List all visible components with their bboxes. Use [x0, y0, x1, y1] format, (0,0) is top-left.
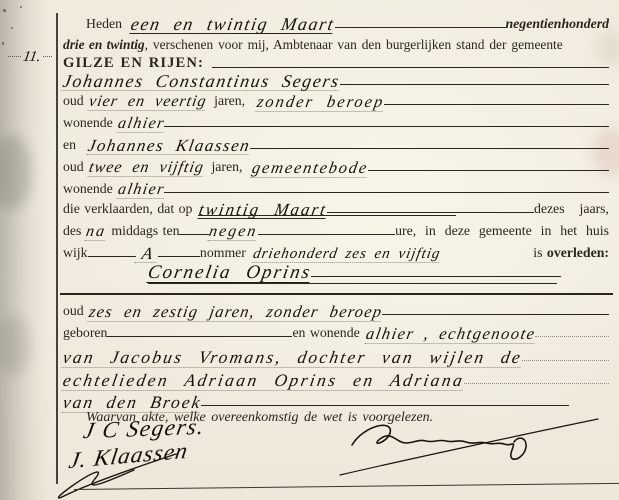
year-printed: negentienhonderd	[506, 16, 610, 32]
line-opening-date: Heden een en twintig Maart negentienhond…	[86, 8, 609, 32]
declarant1-occupation: zonder beroep	[256, 94, 386, 112]
heden-label: Heden	[86, 16, 122, 32]
scan-speck	[20, 6, 22, 8]
line-opening-text: drie en twintig , verschenen voor mij, A…	[63, 31, 609, 52]
wijk-label: wijk	[63, 245, 88, 261]
rule-fill	[258, 234, 395, 235]
rule-fill	[164, 126, 609, 127]
death-certificate-scan: 11. Heden een en twintig Maart negentien…	[0, 0, 619, 500]
jaren-label: jaren,	[214, 93, 245, 109]
year-continued: drie en twintig	[63, 37, 145, 52]
line-declarant1-residence: wonende alhier	[63, 110, 609, 131]
double-rule	[198, 215, 456, 216]
rule-fill	[327, 212, 534, 213]
declarant2-name: Johannes Klaassen	[86, 137, 251, 155]
scan-speck	[3, 9, 6, 12]
rule-fill	[179, 234, 209, 235]
oud-label: oud	[63, 93, 84, 109]
line-deceased-residence: geboren en wonende alhier , echtgenoote	[63, 320, 609, 341]
scan-gutter-shadow	[0, 0, 50, 500]
rule-fill	[311, 276, 561, 277]
deceased-name: Cornelia Oprins	[146, 263, 313, 283]
line-death-date: die verklaarden, dat op twintig Maart de…	[63, 196, 609, 217]
line-deceased-name: Cornelia Oprins	[148, 257, 561, 281]
line-death-time: des na middags ten negen ure, in deze ge…	[63, 218, 609, 239]
daypart: na	[85, 224, 108, 241]
declarant2-occupation: gemeentebode	[251, 160, 370, 178]
scan-speck	[11, 27, 13, 29]
illegible-flourish-signature-icon	[330, 405, 610, 483]
oud-label: oud	[63, 159, 84, 175]
double-rule	[148, 283, 557, 284]
rule-fill	[335, 27, 506, 28]
declarant1-residence: alhier	[116, 116, 166, 133]
declarant2-age: twee en vijftig	[87, 160, 205, 177]
declarant1-age: vier en veertig	[87, 94, 207, 111]
dotted-fill	[522, 360, 609, 361]
death-hour: negen	[208, 224, 259, 241]
line-deceased-age: oud zes en zestig jaren, zonder beroep	[63, 298, 609, 319]
deceased-age-occupation: zes en zestig jaren, zonder beroep	[87, 304, 383, 322]
declaration-intro: die verklaarden, dat op	[63, 201, 192, 217]
act-number-block: 11.	[8, 48, 56, 63]
margin-rule	[56, 13, 58, 484]
rule-fill	[107, 336, 292, 337]
dotted-fill	[535, 336, 609, 337]
dotted-leader	[43, 55, 52, 57]
en-label: en	[63, 137, 76, 153]
line-declarant1-age: oud vier en veertig jaren, zonder beroep	[63, 88, 609, 109]
line-declarant2-age: oud twee en vijftig jaren, gemeentebode	[63, 154, 609, 175]
line-declarant1-name: Johannes Constantinus Segers	[63, 65, 609, 89]
rule-fill	[164, 192, 609, 193]
wonende-label: wonende	[63, 181, 113, 197]
line-family-1: van Jacobus Vromans, dochter van wijlen …	[63, 341, 609, 365]
en-wonende-label: en wonende	[292, 325, 359, 341]
dezes-jaars-label: dezes jaars,	[534, 201, 609, 217]
death-date: twintig Maart	[198, 201, 329, 219]
rule-fill	[250, 148, 609, 149]
act-number: 11.	[20, 50, 44, 65]
rule-fill	[340, 84, 609, 85]
wonende-label: wonende	[63, 115, 113, 131]
rule-fill	[368, 170, 609, 171]
pen-flourish-icon	[48, 452, 238, 500]
ure-label: ure, in deze gemeente in het huis	[395, 223, 609, 239]
rule-fill	[382, 314, 609, 315]
line-family-2: echtelieden Adriaan Oprins en Adriana	[63, 364, 609, 388]
jaren-label: jaren,	[211, 159, 242, 175]
opening-sentence: , verschenen voor mij, Ambtenaar van den…	[145, 37, 563, 52]
des-label: des	[63, 223, 81, 239]
blank-rule	[60, 293, 613, 295]
scan-speck	[2, 42, 4, 45]
dotted-leader	[8, 55, 21, 57]
middags-label: middags ten	[111, 223, 179, 239]
rule-fill	[88, 256, 136, 257]
geboren-label: geboren	[63, 325, 107, 341]
line-declarant2-name: en Johannes Klaassen	[63, 132, 609, 153]
dotted-fill	[464, 383, 609, 384]
oud-label: oud	[63, 303, 84, 319]
rule-fill	[384, 104, 609, 105]
line-declarant2-residence: wonende alhier	[63, 176, 609, 197]
